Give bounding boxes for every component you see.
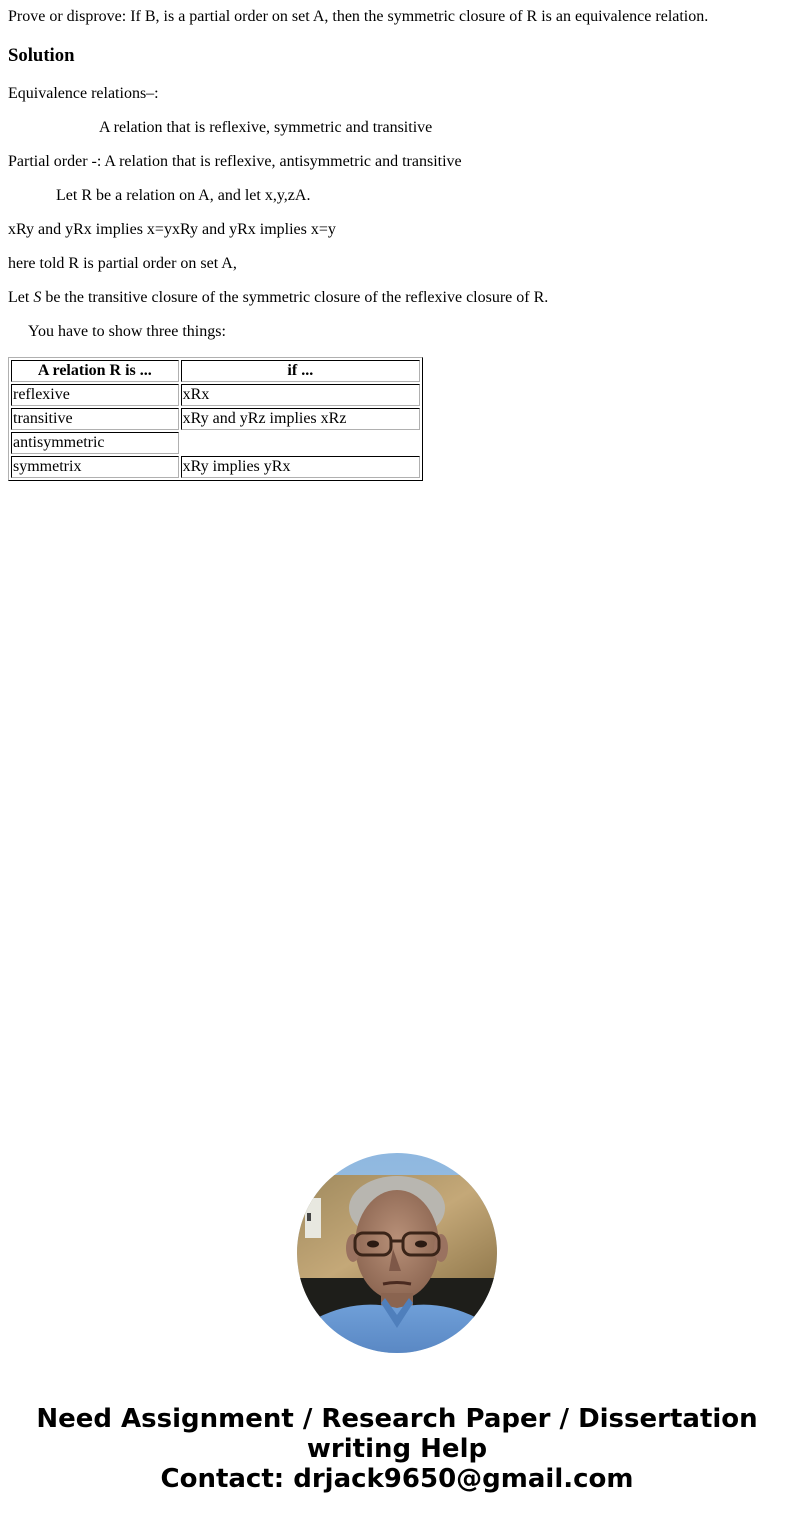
table-cell-condition: xRx — [181, 384, 420, 406]
given-statement: here told R is partial order on set A, — [8, 255, 237, 273]
table-row: symmetrix xRy implies yRx — [11, 456, 420, 478]
relation-properties-table: A relation R is ... if ... reflexive xRx… — [8, 357, 423, 481]
table-header-row: A relation R is ... if ... — [11, 360, 420, 382]
table-header-condition: if ... — [181, 360, 420, 382]
table-cell-condition — [181, 432, 420, 454]
table-cell-property: symmetrix — [11, 456, 179, 478]
equivalence-label: Equivalence relations–: — [8, 85, 159, 103]
show-three-things: You have to show three things: — [28, 323, 226, 341]
promo-contact: Contact: drjack9650@gmail.com — [0, 1464, 794, 1494]
question-text: Prove or disprove: If B, is a partial or… — [8, 8, 708, 26]
promo-banner: Need Assignment / Research Paper / Disse… — [0, 1404, 794, 1494]
antisymmetry-statement: xRy and yRx implies x=yxRy and yRx impli… — [8, 221, 336, 239]
promo-line-1: Need Assignment / Research Paper / Disse… — [0, 1404, 794, 1434]
table-cell-property: antisymmetric — [11, 432, 179, 454]
person-portrait-icon — [297, 1153, 497, 1353]
solution-heading: Solution — [8, 45, 74, 67]
partial-order-definition: Partial order -: A relation that is refl… — [8, 153, 462, 171]
table-row: reflexive xRx — [11, 384, 420, 406]
table-cell-condition: xRy implies yRx — [181, 456, 420, 478]
table-header-relation: A relation R is ... — [11, 360, 179, 382]
equivalence-definition: A relation that is reflexive, symmetric … — [99, 119, 432, 137]
author-avatar — [297, 1153, 497, 1353]
table-row: antisymmetric — [11, 432, 420, 454]
table-cell-property: transitive — [11, 408, 179, 430]
table-cell-property: reflexive — [11, 384, 179, 406]
table-row: transitive xRy and yRz implies xRz — [11, 408, 420, 430]
let-s-prefix: Let — [8, 289, 33, 306]
let-s-suffix: be the transitive closure of the symmetr… — [41, 289, 548, 306]
let-r-statement: Let R be a relation on A, and let x,y,zA… — [56, 187, 310, 205]
promo-line-2: writing Help — [0, 1434, 794, 1464]
table-cell-condition: xRy and yRz implies xRz — [181, 408, 420, 430]
let-s-statement: Let S be the transitive closure of the s… — [8, 289, 548, 307]
